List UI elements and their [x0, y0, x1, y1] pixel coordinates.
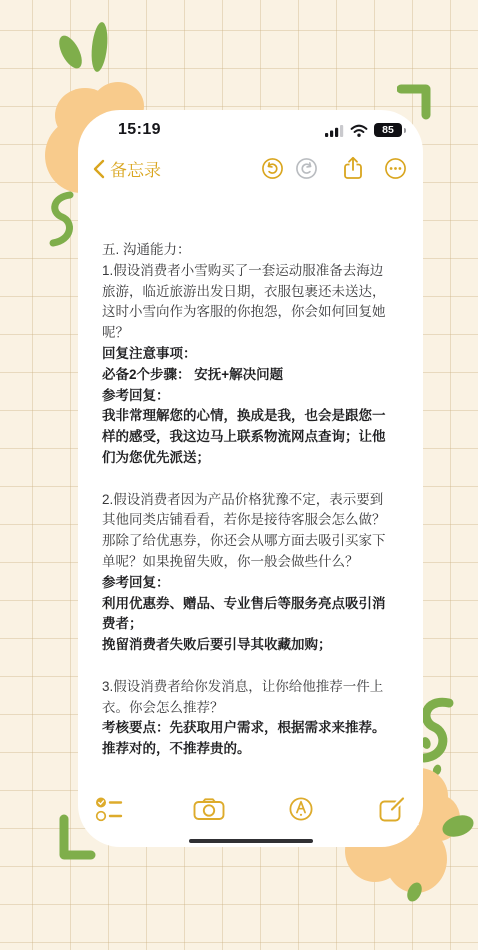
chevron-left-icon [93, 159, 105, 179]
note-line: 呢？ [102, 323, 415, 344]
note-line: 回复注意事项： [102, 344, 415, 365]
note-line: 费者； [102, 614, 415, 635]
markup-icon[interactable] [288, 796, 314, 822]
squiggle-icon [44, 190, 78, 250]
share-icon[interactable] [342, 155, 364, 181]
more-options-icon[interactable] [384, 157, 407, 180]
wifi-icon [350, 124, 368, 137]
note-line: 参考回复： [102, 386, 415, 407]
note-line [102, 656, 415, 677]
back-button[interactable]: 备忘录 [93, 156, 161, 181]
battery-icon: 85 [374, 123, 402, 137]
cellular-signal-icon [325, 124, 344, 137]
note-line: 2.假设消费者因为产品价格犹豫不定，表示要到 [102, 490, 415, 511]
note-line: 1.假设消费者小雪购买了一套运动服准备去海边 [102, 261, 415, 282]
note-line: 我非常理解您的心情，换成是我，也会是跟您一 [102, 406, 415, 427]
compose-icon[interactable] [378, 795, 406, 823]
note-line: 样的感受，我这边马上联系物流网点查询；让他 [102, 427, 415, 448]
note-line: 旅游，临近旅游出发日期，衣服包裹还未送达， [102, 282, 415, 303]
note-line: 衣。你会怎么推荐？ [102, 698, 415, 719]
redo-icon[interactable] [295, 157, 318, 180]
note-line: 利用优惠券、赠品、专业售后等服务亮点吸引消 [102, 594, 415, 615]
checklist-icon[interactable] [95, 796, 129, 823]
note-line: 这时小雪向作为客服的你抱怨，你会如何回复她 [102, 302, 415, 323]
note-line: 3.假设消费者给你发消息，让你给他推荐一件上 [102, 677, 415, 698]
note-line [102, 469, 415, 490]
note-line: 五. 沟通能力： [102, 240, 415, 261]
notes-toolbar [78, 794, 423, 824]
status-time: 15:19 [118, 121, 161, 139]
note-line: 必备2个步骤： 安抚+解决问题 [102, 365, 415, 386]
home-indicator[interactable] [189, 839, 313, 844]
note-line: 单呢？如果挽留失败，你一般会做些什么？ [102, 552, 415, 573]
battery-percent: 85 [382, 124, 394, 136]
undo-icon[interactable] [261, 157, 284, 180]
status-icons: 85 [325, 123, 402, 137]
note-body[interactable]: 五. 沟通能力：1.假设消费者小雪购买了一套运动服准备去海边旅游，临近旅游出发日… [102, 240, 415, 760]
nav-actions [261, 155, 407, 181]
note-line: 们为您优先派送； [102, 448, 415, 469]
camera-icon[interactable] [193, 797, 225, 821]
note-line: 考核要点：先获取用户需求，根据需求来推荐。 [102, 718, 415, 739]
notes-app-screen: 15:19 85 备忘录 [78, 110, 423, 847]
note-line: 那除了给优惠券，你还会从哪方面去吸引买家下 [102, 531, 415, 552]
note-line: 推荐对的，不推荐贵的。 [102, 739, 415, 760]
back-label: 备忘录 [110, 156, 161, 181]
note-line: 参考回复： [102, 573, 415, 594]
note-line: 其他同类店铺看看，若你是接待客服会怎么做？ [102, 510, 415, 531]
note-line: 挽留消费者失败后要引导其收藏加购； [102, 635, 415, 656]
